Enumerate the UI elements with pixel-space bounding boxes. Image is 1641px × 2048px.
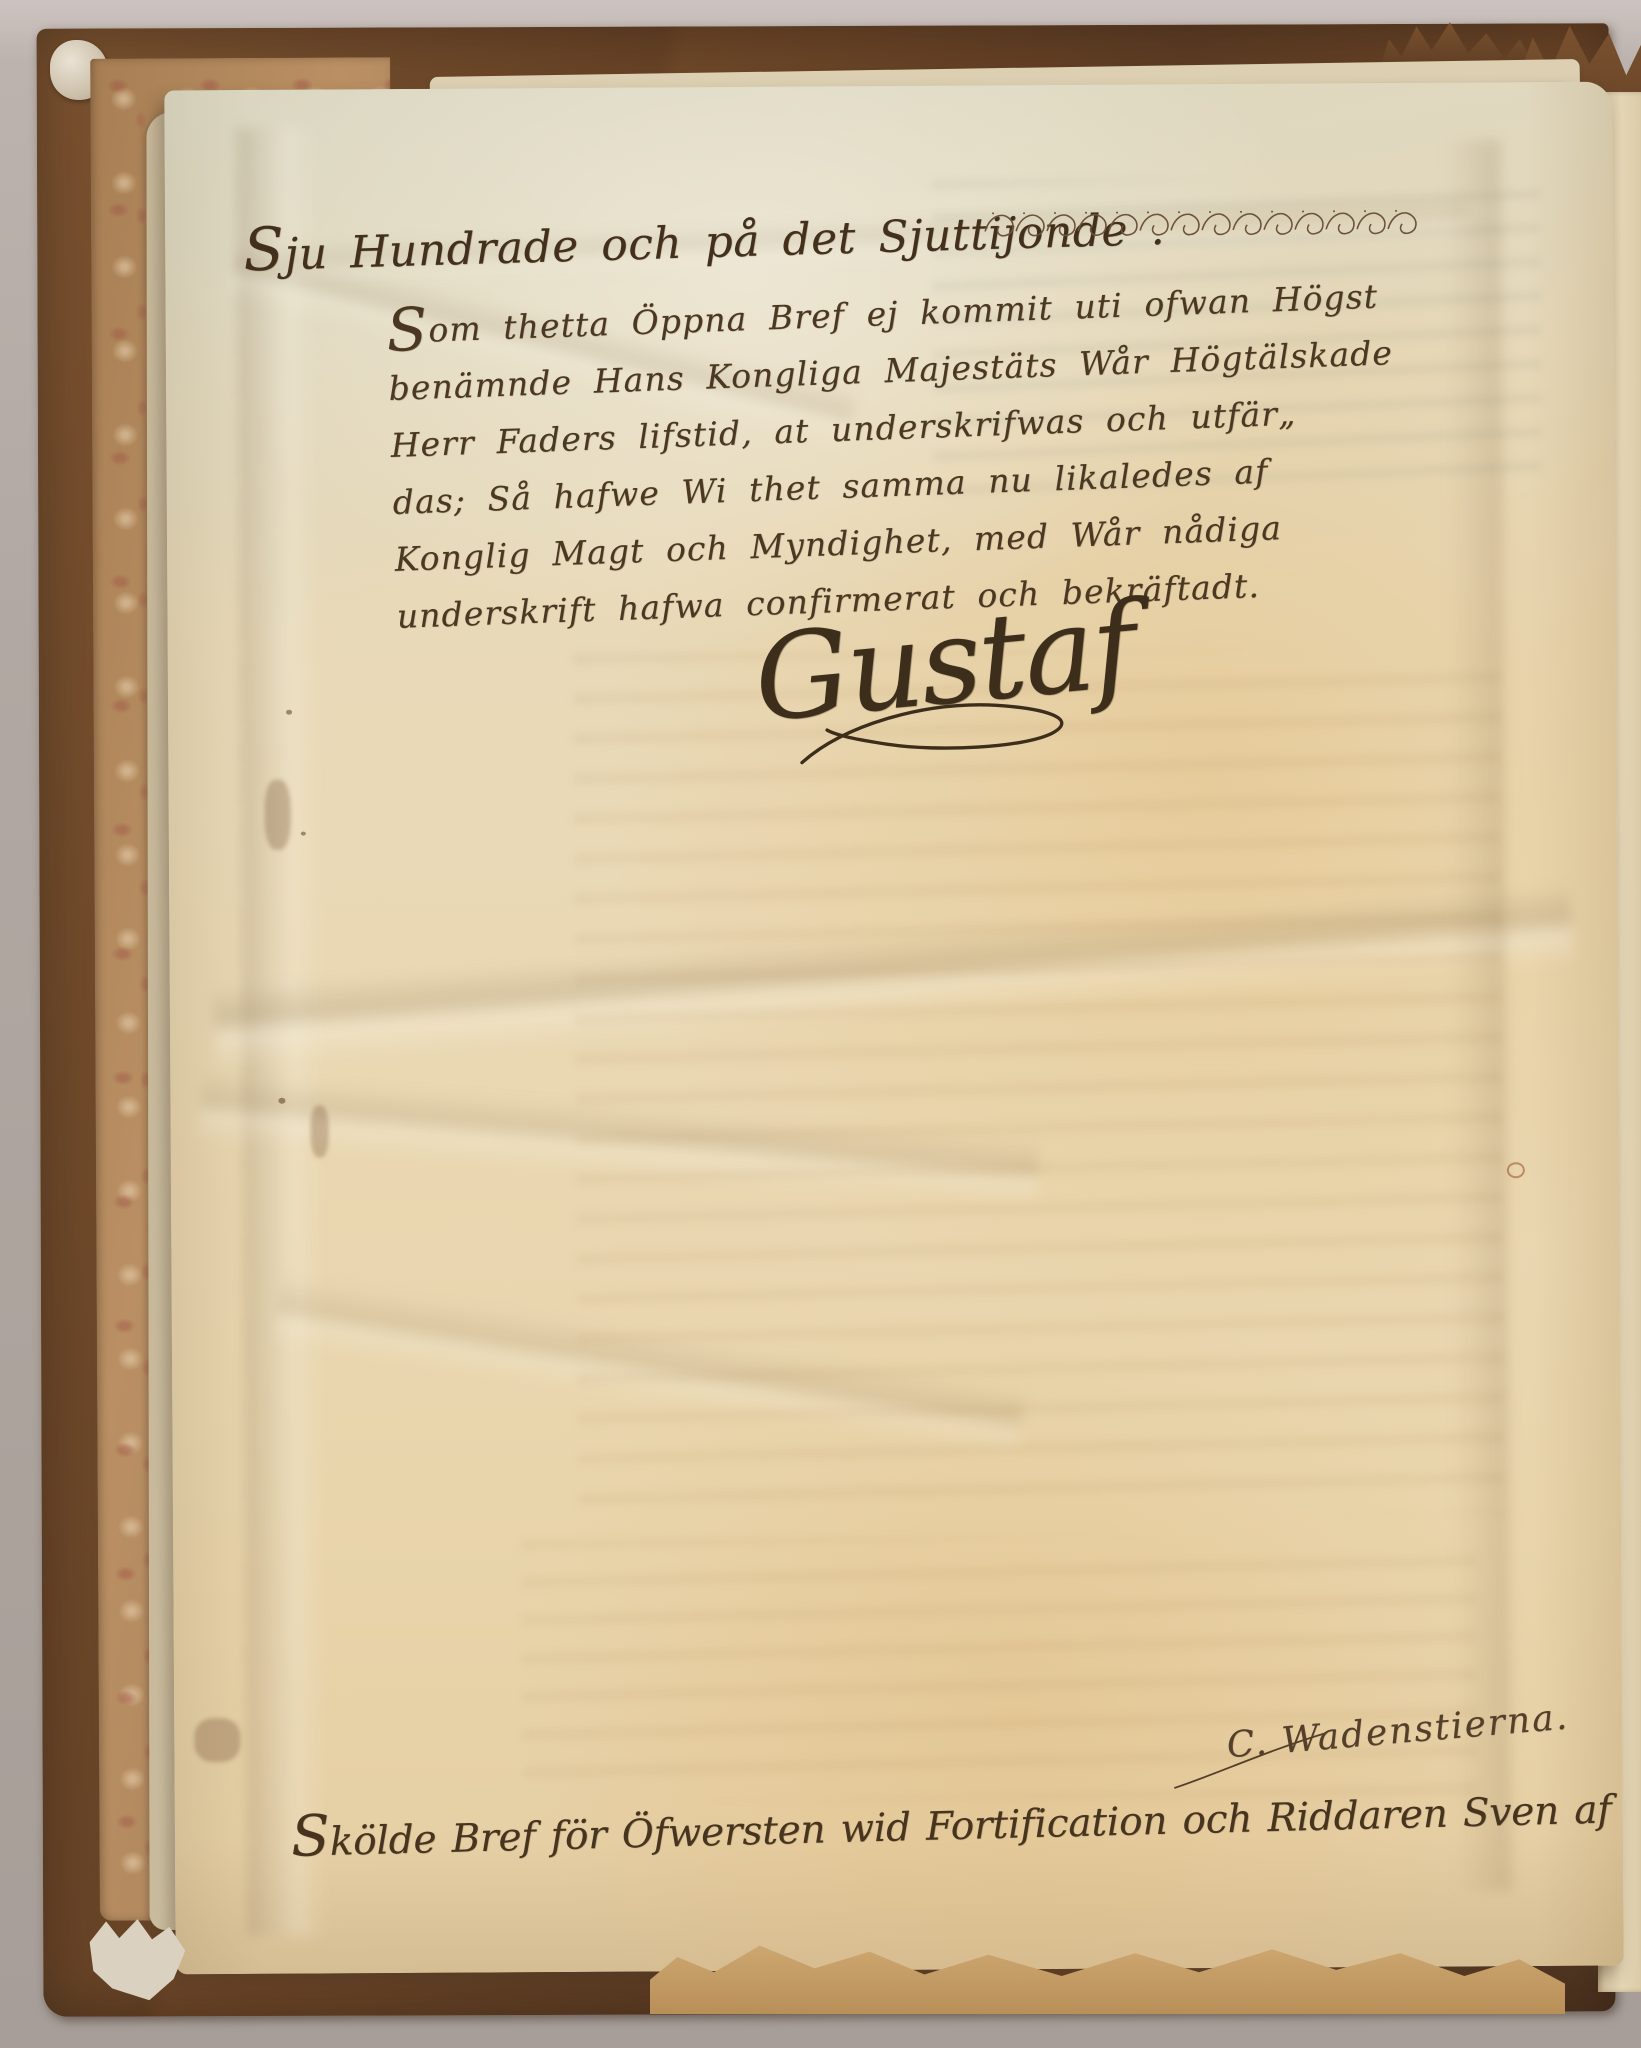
ring-stain <box>1507 1162 1525 1178</box>
ink-speck <box>278 1098 285 1104</box>
body-paragraph: Som thetta Öppna Bref ej kommit uti ofwa… <box>386 267 1402 645</box>
crease-shadow <box>1424 139 1511 1892</box>
crease-shadow <box>237 127 340 1936</box>
ink-smudge <box>310 1105 328 1157</box>
crease-shadow <box>212 882 1576 1069</box>
ink-smudge <box>264 780 290 850</box>
flourish-chain-icon <box>983 203 1443 246</box>
ink-speck <box>301 832 306 836</box>
docket-line: Skölde Bref för Öfwersten wid Fortificat… <box>290 1765 1623 1870</box>
crease-shadow <box>272 1275 1027 1459</box>
countersignature-block: C. Wadenstierna. <box>1225 1697 1570 1767</box>
ink-bleed-through <box>573 647 1505 1519</box>
ink-smudge <box>194 1718 240 1762</box>
manuscript-page: Sju Hundrade och på det Sjuttijonde . So… <box>164 82 1623 1975</box>
ink-bleed-through <box>521 1533 1478 1803</box>
ink-speck <box>286 710 292 715</box>
royal-signature-block: Gustaf <box>749 577 1123 782</box>
countersignature: C. Wadenstierna. <box>1225 1697 1570 1767</box>
scan-background: Sju Hundrade och på det Sjuttijonde . So… <box>0 0 1641 2048</box>
